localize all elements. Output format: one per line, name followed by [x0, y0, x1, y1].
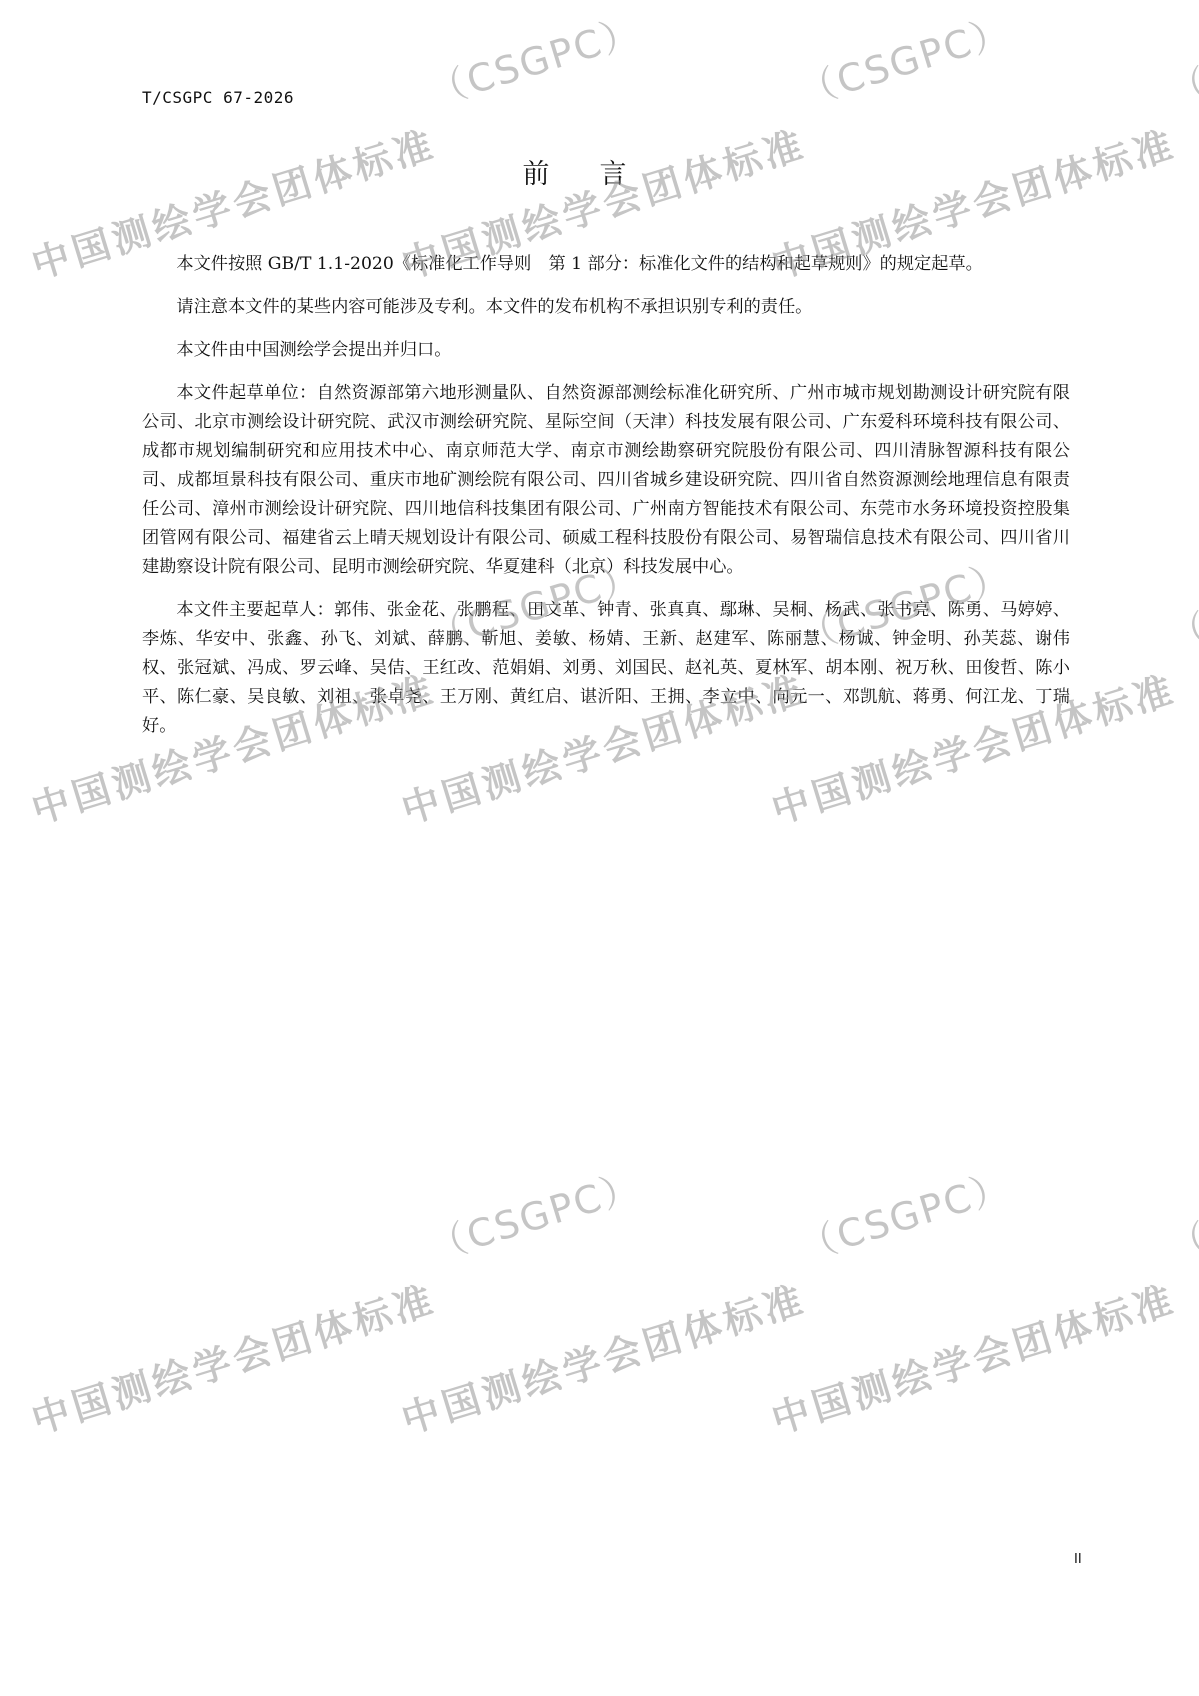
watermark: （CSGPC） 中国测绘学会团体标准: [753, 554, 1199, 834]
watermark-layer: （CSGPC） 中国测绘学会团体标准 （CSGPC） 中国测绘学会团体标准 （C…: [0, 0, 1199, 1696]
watermark: （CSGPC） 中国测绘学会团体标准: [753, 9, 1199, 289]
watermark: （CSGPC） 中国测绘学会团体标准: [13, 554, 662, 834]
watermark: （CSGPC） 中国测绘学会团体标准: [383, 9, 1032, 289]
watermark: （CSGPC） 中国测绘学会团体标准: [13, 1164, 662, 1444]
watermark: （CSGPC） 中国测绘学会团体标准: [383, 1164, 1032, 1444]
watermark: （CSGPC） 中国测绘学会团体标准: [753, 1164, 1199, 1444]
watermark: （CSGPC） 中国测绘学会团体标准: [383, 554, 1032, 834]
watermark: （CSGPC） 中国测绘学会团体标准: [13, 9, 662, 289]
